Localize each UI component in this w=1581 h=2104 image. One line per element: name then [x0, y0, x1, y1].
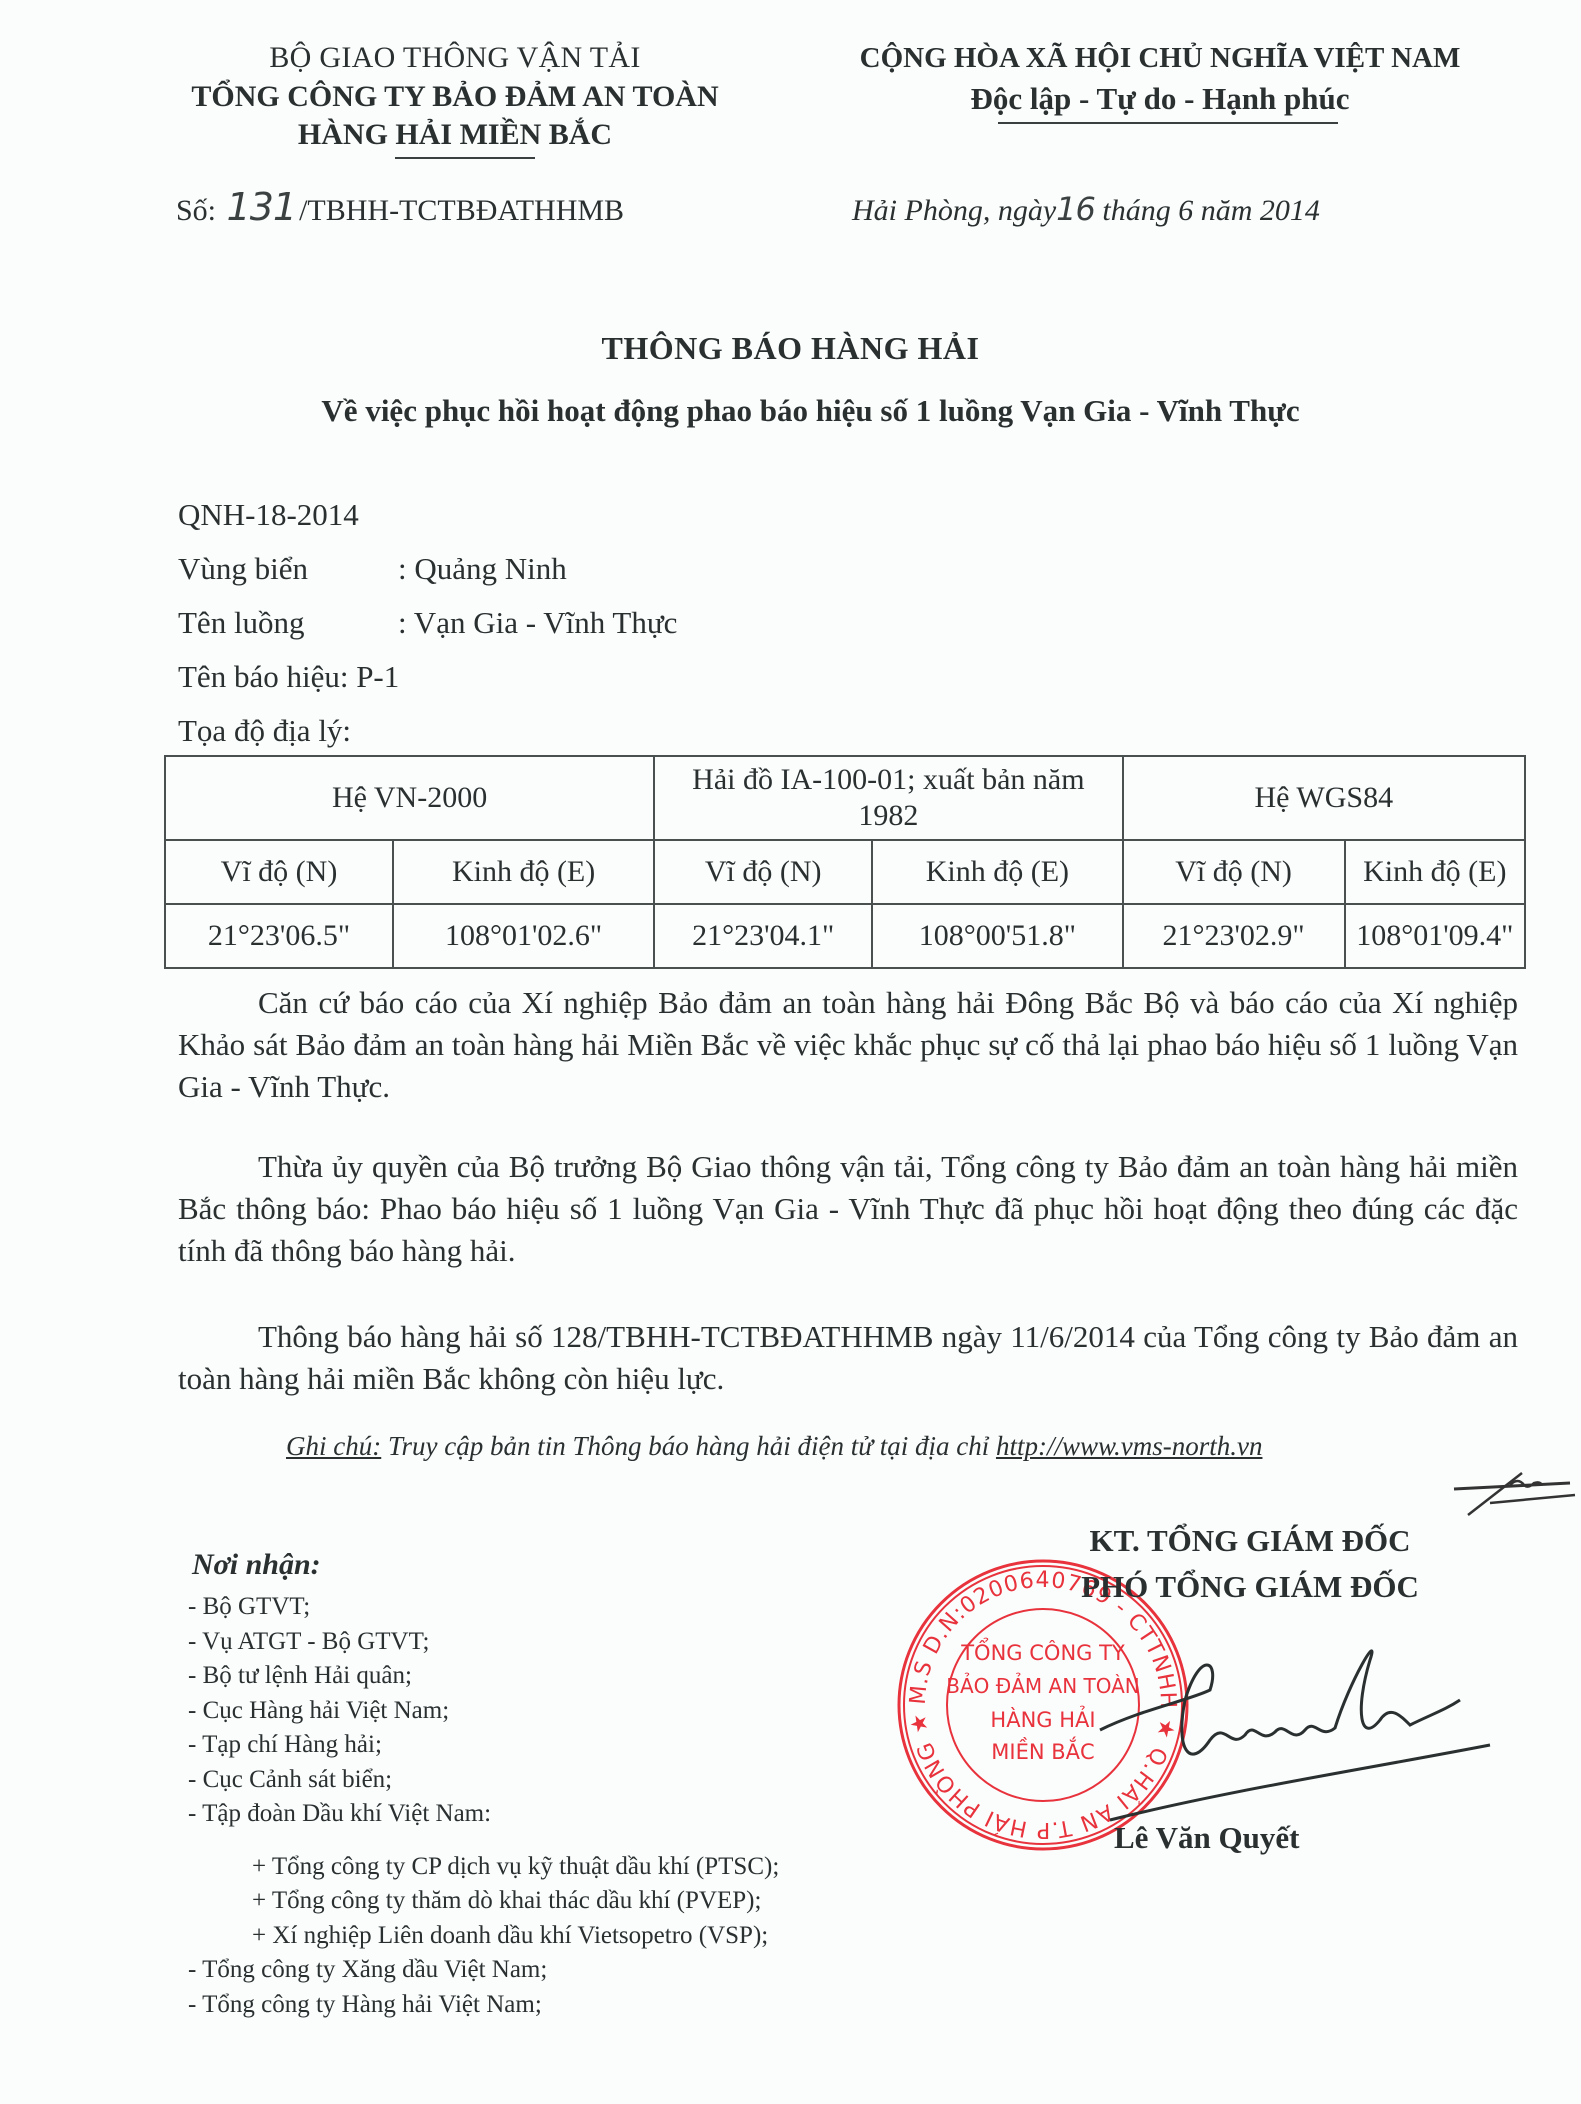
recipients-list: - Bộ GTVT; - Vụ ATGT - Bộ GTVT; - Bộ tư … [188, 1590, 779, 2022]
document-number: Số: 131/TBHH-TCTBĐATHHMB [176, 185, 624, 229]
column-header: Kinh độ (E) [393, 840, 654, 904]
note-text: Truy cập bản tin Thông báo hàng hải điện… [381, 1431, 996, 1461]
table-column-header-row: Vĩ độ (N) Kinh độ (E) Vĩ độ (N) Kinh độ … [165, 840, 1525, 904]
meta-label: Tên luồng [178, 596, 398, 650]
table-group-header-row: Hệ VN-2000 Hải đồ IA-100-01; xuất bản nă… [165, 756, 1525, 840]
notice-code: QNH-18-2014 [178, 488, 677, 542]
website-link[interactable]: http://www.vms-north.vn [996, 1431, 1263, 1461]
meta-field-sea-area: Vùng biển: Quảng Ninh [178, 542, 677, 596]
recipient-item: - Bộ GTVT; [188, 1590, 779, 1625]
body-paragraph-revocation: Thông báo hàng hải số 128/TBHH-TCTBĐATHH… [178, 1316, 1518, 1400]
column-header: Kinh độ (E) [872, 840, 1122, 904]
note-line: Ghi chú: Truy cập bản tin Thông báo hàng… [286, 1431, 1262, 1462]
signatory-title-1: KT. TỔNG GIÁM ĐỐC [1010, 1518, 1490, 1564]
column-header: Vĩ độ (N) [1123, 840, 1345, 904]
recipient-item: - Bộ tư lệnh Hải quân; [188, 1659, 779, 1694]
signatory-title-2: PHÓ TỔNG GIÁM ĐỐC [1010, 1564, 1490, 1610]
signatory-name: Lê Văn Quyết [1114, 1820, 1299, 1856]
table-cell: 21°23'06.5" [165, 904, 393, 968]
group-header-chart: Hải đồ IA-100-01; xuất bản năm 1982 [654, 756, 1122, 840]
paragraph-text: Căn cứ báo cáo của Xí nghiệp Bảo đảm an … [178, 985, 1518, 1104]
body-paragraph-basis: Căn cứ báo cáo của Xí nghiệp Bảo đảm an … [178, 982, 1518, 1108]
initials-mark-icon [1450, 1455, 1581, 1525]
meta-field-signal: Tên báo hiệu: P-1 [178, 650, 677, 704]
table-cell: 108°01'02.6" [393, 904, 654, 968]
header-divider [395, 157, 535, 159]
company-name-line2: HÀNG HẢI MIỀN BẮC [160, 116, 750, 154]
recipient-item: - Tổng công ty Xăng dầu Việt Nam; [188, 1953, 779, 1988]
column-header: Kinh độ (E) [1345, 840, 1525, 904]
spacer [188, 1832, 779, 1850]
document-title: THÔNG BÁO HÀNG HẢI [0, 330, 1581, 367]
coordinates-table: Hệ VN-2000 Hải đồ IA-100-01; xuất bản nă… [164, 755, 1526, 969]
doc-number-prefix: Số: [176, 194, 216, 227]
meta-label: Vùng biển [178, 542, 398, 596]
recipient-item: - Tập đoàn Dầu khí Việt Nam: [188, 1797, 779, 1832]
notice-meta: QNH-18-2014 Vùng biển: Quảng Ninh Tên lu… [178, 488, 677, 758]
recipient-sub-item: + Xí nghiệp Liên doanh dầu khí Vietsopet… [188, 1919, 779, 1954]
recipient-item: - Tạp chí Hàng hải; [188, 1728, 779, 1763]
recipients-title: Nơi nhận: [192, 1548, 321, 1582]
meta-field-channel: Tên luồng: Vạn Gia - Vĩnh Thực [178, 596, 677, 650]
coords-label: Tọa độ địa lý: [178, 704, 677, 758]
meta-value: : Vạn Gia - Vĩnh Thực [398, 605, 677, 640]
document-date: Hải Phòng, ngày16 tháng 6 năm 2014 [852, 190, 1320, 228]
meta-label: Tên báo hiệu [178, 650, 340, 704]
group-header-wgs84: Hệ WGS84 [1123, 756, 1525, 840]
signature-block: KT. TỔNG GIÁM ĐỐC PHÓ TỔNG GIÁM ĐỐC [1010, 1518, 1490, 1610]
meta-value: : P-1 [340, 659, 399, 694]
paragraph-text: Thừa ủy quyền của Bộ trưởng Bộ Giao thôn… [178, 1149, 1518, 1268]
company-name-line1: TỔNG CÔNG TY BẢO ĐẢM AN TOÀN [160, 78, 750, 116]
doc-number-handwritten: 131 [227, 185, 297, 229]
column-header: Vĩ độ (N) [165, 840, 393, 904]
recipient-item: - Cục Hàng hải Việt Nam; [188, 1694, 779, 1729]
recipient-sub-item: + Tổng công ty CP dịch vụ kỹ thuật dầu k… [188, 1850, 779, 1885]
issuer-header: BỘ GIAO THÔNG VẬN TẢI TỔNG CÔNG TY BẢO Đ… [160, 38, 750, 159]
recipient-item: - Vụ ATGT - Bộ GTVT; [188, 1625, 779, 1660]
ministry-name: BỘ GIAO THÔNG VẬN TẢI [160, 38, 750, 78]
table-cell: 108°01'09.4" [1345, 904, 1525, 968]
national-header: CỘNG HÒA XÃ HỘI CHỦ NGHĨA VIỆT NAM Độc l… [820, 38, 1500, 124]
date-day-handwritten: 16 [1056, 190, 1095, 228]
national-motto: Độc lập - Tự do - Hạnh phúc [820, 78, 1500, 120]
document-subtitle: Về việc phục hồi hoạt động phao báo hiệu… [0, 393, 1581, 429]
group-header-vn2000: Hệ VN-2000 [165, 756, 654, 840]
date-prefix: Hải Phòng, ngày [852, 194, 1056, 227]
recipient-item: - Tổng công ty Hàng hải Việt Nam; [188, 1988, 779, 2023]
table-row: 21°23'06.5" 108°01'02.6" 21°23'04.1" 108… [165, 904, 1525, 968]
motto-divider [998, 122, 1338, 124]
note-label: Ghi chú: [286, 1431, 381, 1461]
table-cell: 21°23'04.1" [654, 904, 872, 968]
recipient-sub-item: + Tổng công ty thăm dò khai thác dầu khí… [188, 1884, 779, 1919]
date-suffix: tháng 6 năm 2014 [1102, 194, 1320, 227]
nation-name: CỘNG HÒA XÃ HỘI CHỦ NGHĨA VIỆT NAM [820, 38, 1500, 78]
paragraph-text: Thông báo hàng hải số 128/TBHH-TCTBĐATHH… [178, 1319, 1518, 1396]
recipient-item: - Cục Cảnh sát biển; [188, 1763, 779, 1798]
column-header: Vĩ độ (N) [654, 840, 872, 904]
table-cell: 21°23'02.9" [1123, 904, 1345, 968]
doc-number-suffix: /TBHH-TCTBĐATHHMB [299, 194, 624, 227]
body-paragraph-announcement: Thừa ủy quyền của Bộ trưởng Bộ Giao thôn… [178, 1146, 1518, 1272]
table-cell: 108°00'51.8" [872, 904, 1122, 968]
meta-value: : Quảng Ninh [398, 551, 567, 586]
